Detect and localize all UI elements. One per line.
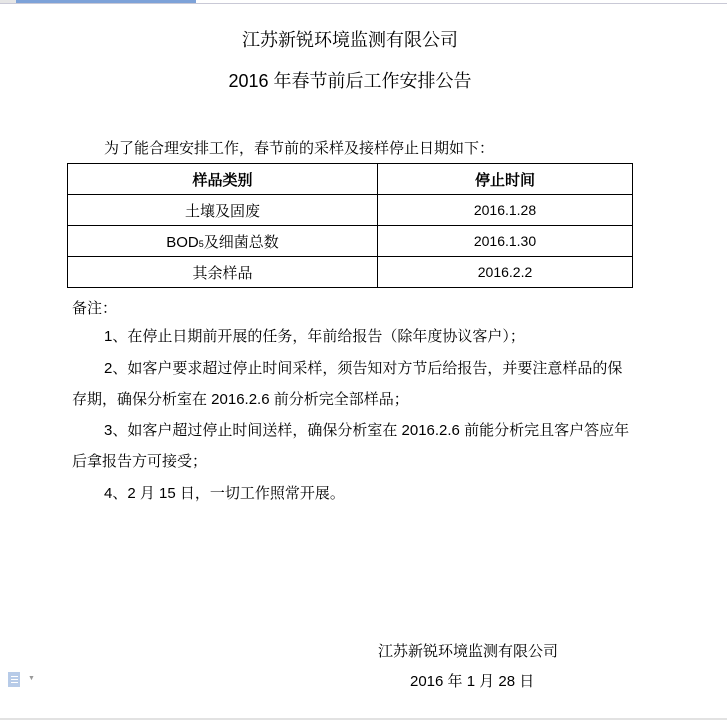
table-row: BOD5及细菌总数 2016.1.30 — [68, 226, 633, 257]
document-icon[interactable] — [8, 672, 20, 687]
header-category: 样品类别 — [68, 164, 378, 195]
remark-item-2: 2、如客户要求超过停止时间采样，须告知对方节后给报告，并要注意样品的保存期，确保… — [72, 353, 632, 415]
remarks-label: 备注： — [72, 297, 117, 318]
signature-date: 2016 年 1 月 28 日 — [410, 670, 534, 691]
cell-stop-date: 2016.2.2 — [378, 257, 633, 288]
header-stop-date: 停止时间 — [378, 164, 633, 195]
cell-stop-date: 2016.1.28 — [378, 195, 633, 226]
stop-date-table: 样品类别 停止时间 土壤及固废 2016.1.28 BOD5及细菌总数 2016… — [67, 163, 633, 288]
table-row: 土壤及固废 2016.1.28 — [68, 195, 633, 226]
cell-category: BOD5及细菌总数 — [68, 226, 378, 257]
chevron-down-icon[interactable]: ▼ — [28, 675, 35, 682]
cell-category: 其余样品 — [68, 257, 378, 288]
remark-item-1: 1、在停止日期前开展的任务，年前给报告（除年度协议客户）； — [72, 321, 632, 352]
remark-item-3: 3、如客户超过停止时间送样，确保分析室在 2016.2.6 前能分析完且客户答应… — [72, 415, 632, 477]
table-header-row: 样品类别 停止时间 — [68, 164, 633, 195]
scrollbar-thumb[interactable] — [16, 0, 196, 3]
top-scrollbar[interactable] — [0, 0, 727, 4]
table-row: 其余样品 2016.2.2 — [68, 257, 633, 288]
document-title: 2016 年春节前后工作安排公告 — [0, 67, 700, 93]
scrollbar-cap — [0, 0, 16, 3]
category-suffix: 及细菌总数 — [204, 234, 279, 251]
cell-stop-date: 2016.1.30 — [378, 226, 633, 257]
cell-category: 土壤及固废 — [68, 195, 378, 226]
signature-company: 江苏新锐环境监测有限公司 — [378, 640, 558, 661]
bod-label: BOD — [166, 234, 199, 251]
intro-paragraph: 为了能合理安排工作，春节前的采样及接样停止日期如下： — [104, 137, 494, 158]
company-heading: 江苏新锐环境监测有限公司 — [0, 26, 700, 52]
remark-item-4: 4、2 月 15 日，一切工作照常开展。 — [72, 478, 632, 509]
